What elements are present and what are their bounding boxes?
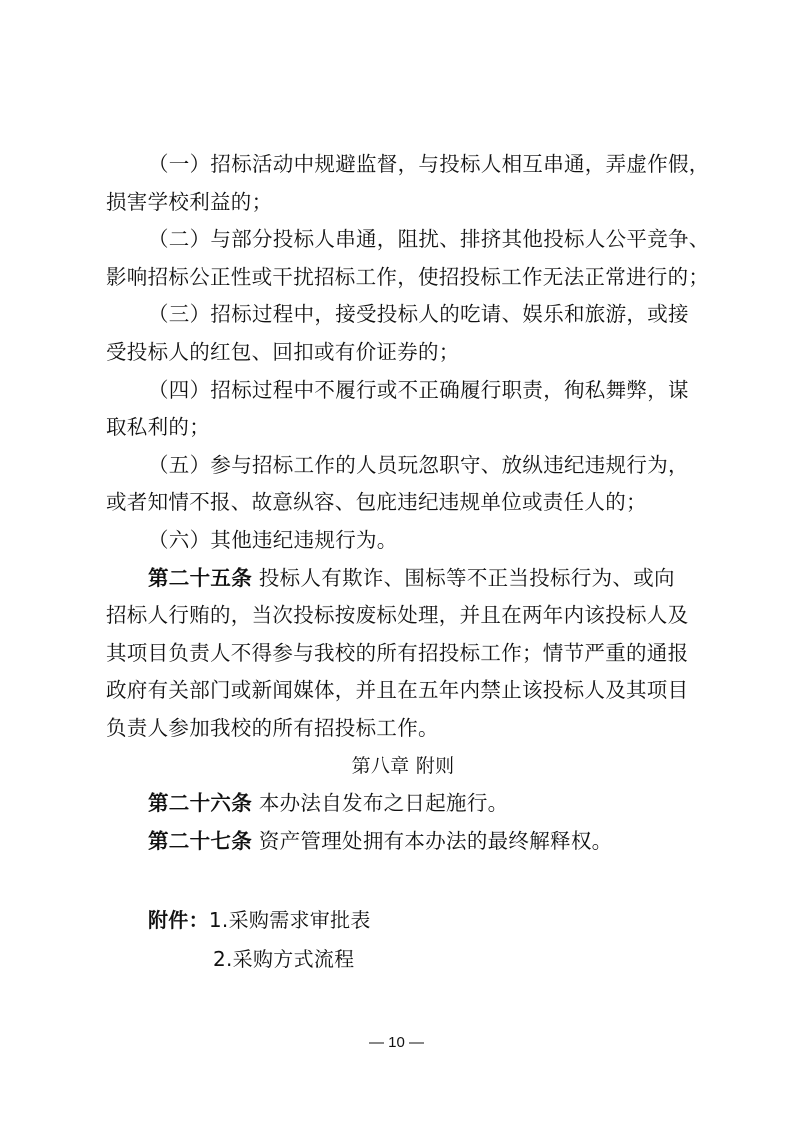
article-25-line-4: 政府有关部门或新闻媒体，并且在五年内禁止该投标人及其项目	[106, 672, 700, 710]
clause-3: （三）招标过程中，接受投标人的吃请、娱乐和旅游，或接	[106, 296, 700, 334]
clause-label: （二）	[148, 227, 210, 251]
attachment-2: 2.采购方式流程	[148, 940, 371, 979]
clause-text: 参与招标工作的人员玩忽职守、放纵违纪违规行为，	[210, 453, 688, 477]
clause-label: （四）	[148, 378, 210, 402]
attachments-section: 附件：1.采购需求审批表 2.采购方式流程	[148, 901, 371, 979]
clause-label: （六）	[148, 528, 210, 552]
clause-2: （二）与部分投标人串通，阻扰、排挤其他投标人公平竞争、	[106, 221, 700, 259]
page-number: — 10 —	[0, 1034, 793, 1051]
clause-text: 其他违纪违规行为。	[210, 528, 397, 552]
clause-5: （五）参与招标工作的人员玩忽职守、放纵违纪违规行为，	[106, 447, 700, 485]
article-title: 第二十六条	[148, 791, 252, 815]
clause-2-cont: 影响招标公正性或干扰招标工作，使招投标工作无法正常进行的；	[106, 259, 700, 297]
clause-5-cont: 或者知情不报、故意纵容、包庇违纪违规单位或责任人的；	[106, 484, 700, 522]
clause-text: 招标过程中，接受投标人的吃请、娱乐和旅游，或接	[210, 302, 688, 326]
clause-1: （一）招标活动中规避监督，与投标人相互串通，弄虚作假，	[106, 146, 700, 184]
clause-3-cont: 受投标人的红包、回扣或有价证券的；	[106, 334, 700, 372]
clause-text: 与部分投标人串通，阻扰、排挤其他投标人公平竞争、	[210, 227, 709, 251]
article-text: 投标人有欺诈、围标等不正当投标行为、或向	[259, 566, 675, 590]
clause-1-cont: 损害学校利益的；	[106, 184, 700, 222]
article-text: 本办法自发布之日起施行。	[259, 791, 509, 815]
attachment-item: 2.采购方式流程	[213, 947, 354, 971]
clause-4-cont: 取私利的；	[106, 409, 700, 447]
clause-label: （三）	[148, 302, 210, 326]
clause-6: （六）其他违纪违规行为。	[106, 522, 700, 560]
article-25-line-3: 其项目负责人不得参与我校的所有招投标工作；情节严重的通报	[106, 635, 700, 673]
chapter-heading: 第八章 附则	[106, 748, 700, 786]
article-25: 第二十五条 投标人有欺诈、围标等不正当投标行为、或向	[106, 560, 700, 598]
article-title: 第二十七条	[148, 829, 252, 853]
attachments-label: 附件：	[148, 908, 209, 932]
clause-label: （五）	[148, 453, 210, 477]
article-26: 第二十六条 本办法自发布之日起施行。	[106, 785, 700, 823]
document-body: （一）招标活动中规避监督，与投标人相互串通，弄虚作假， 损害学校利益的； （二）…	[106, 146, 700, 860]
article-25-line-5: 负责人参加我校的所有招投标工作。	[106, 710, 700, 748]
article-27: 第二十七条 资产管理处拥有本办法的最终解释权。	[106, 823, 700, 861]
attachment-item: 1.采购需求审批表	[209, 908, 371, 932]
article-25-line-2: 招标人行贿的，当次投标按废标处理，并且在两年内该投标人及	[106, 597, 700, 635]
clause-4: （四）招标过程中不履行或不正确履行职责，徇私舞弊，谋	[106, 372, 700, 410]
clause-text: 招标活动中规避监督，与投标人相互串通，弄虚作假，	[210, 152, 709, 176]
attachment-1: 附件：1.采购需求审批表	[148, 901, 371, 940]
clause-text: 招标过程中不履行或不正确履行职责，徇私舞弊，谋	[210, 378, 688, 402]
clause-label: （一）	[148, 152, 210, 176]
article-title: 第二十五条	[148, 566, 252, 590]
article-text: 资产管理处拥有本办法的最终解释权。	[259, 829, 613, 853]
document-page: （一）招标活动中规避监督，与投标人相互串通，弄虚作假， 损害学校利益的； （二）…	[0, 0, 793, 1122]
